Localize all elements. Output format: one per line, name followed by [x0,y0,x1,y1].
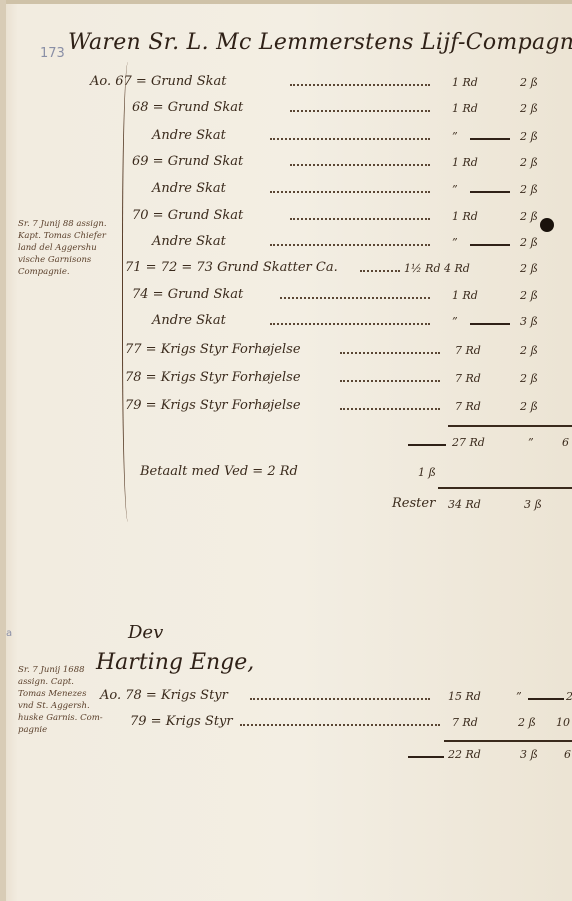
ledger-row: 79 = Krigs Styr Forhøjelse 7 Rd 2 ß [0,398,572,418]
row-label: 78 = Krigs Styr Forhøjelse [125,370,301,385]
row-rigsdaler: ” [452,315,458,328]
dash [470,323,510,325]
page-heading: Waren Sr. L. Mc Lemmerstens Lijf-Compagn… [68,30,572,55]
row-label: 71 = 72 = 73 Grund Skatter Ca. [125,260,338,275]
margin-note-line: Sr. 7 Junij 1688 [18,664,118,676]
row-rigsdaler: 1 Rd [452,289,478,302]
ledger-row: 70 = Grund Skat 1 Rd 2 ß [0,208,572,228]
row-label: Andre Skat [152,234,226,249]
dot-leader [290,84,430,86]
section2-heading-line2: Harting Enge, [96,650,254,675]
ledger-row: Ao. 78 = Krigs Styr 15 Rd ” 2 [0,688,572,708]
ledger-row: Andre Skat ” 2 ß [0,128,572,148]
rest-label: Rester [392,496,435,511]
row-rigsdaler: 15 Rd [448,690,481,703]
row-skilling: 2 ß [520,344,538,357]
row-skilling: 2 ß [520,372,538,385]
dot-leader [340,380,440,382]
row-label: 79 = Krigs Styr [130,714,233,729]
row-skilling: 2 ß [520,210,538,223]
dot-leader [340,352,440,354]
total-rigsdaler: 22 Rd [448,748,481,761]
row-skilling: ” [516,690,522,703]
margin-note-line: assign. Capt. [18,676,118,688]
dot-leader [270,323,430,325]
dot-leader [270,244,430,246]
folio-number: 173 [40,46,65,61]
row-skilling: 2 ß [520,262,538,275]
ledger-row: Andre Skat ” 3 ß [0,313,572,333]
row-skilling: 2 ß [518,716,536,729]
ledger-row: 69 = Grund Skat 1 Rd 2 ß [0,154,572,174]
row-skilling: 2 ß [520,400,538,413]
row-label: 77 = Krigs Styr Forhøjelse [125,342,301,357]
row-label: Andre Skat [152,128,226,143]
dash [470,138,510,140]
rest-row: Rester 34 Rd 3 ß [0,496,572,516]
row-rigsdaler: 7 Rd [455,400,481,413]
total-extra: 6 [562,436,569,449]
dash [470,191,510,193]
dot-leader [240,724,440,726]
row-skilling: 2 ß [520,156,538,169]
row-label: Ao. 78 = Krigs Styr [100,688,228,703]
row-skilling: 2 ß [520,183,538,196]
ledger-row: 74 = Grund Skat 1 Rd 2 ß [0,287,572,307]
row-label: Andre Skat [152,181,226,196]
ledger-row: Andre Skat ” 2 ß [0,181,572,201]
total-skilling: 3 ß [520,748,538,761]
ledger-row: Andre Skat ” 2 ß [0,234,572,254]
deduction-row: Betaalt med Ved = 2 Rd 1 ß [0,464,572,484]
dot-leader [290,218,430,220]
dot-leader [270,138,430,140]
row-label: Andre Skat [152,313,226,328]
subtotal-rule [448,425,572,427]
section2-total-rule [444,740,572,742]
row-rigsdaler: 7 Rd [455,372,481,385]
ledger-page: 173 Waren Sr. L. Mc Lemmerstens Lijf-Com… [0,0,572,901]
section2-total-row: 22 Rd 3 ß 6 [0,746,572,766]
dot-leader [270,191,430,193]
row-rigsdaler: 7 Rd [455,344,481,357]
row-skilling: 2 ß [520,130,538,143]
dot-leader [250,698,430,700]
row-skilling: 3 ß [520,315,538,328]
row-label: 68 = Grund Skat [132,100,243,115]
row-skilling: 2 ß [520,102,538,115]
row-rigsdaler: 1½ Rd 4 Rd [404,262,470,275]
dot-leader [360,270,400,272]
total-skilling: ” [528,436,534,449]
row-label: 79 = Krigs Styr Forhøjelse [125,398,301,413]
ledger-row: 79 = Krigs Styr 7 Rd 2 ß 10 [0,714,572,734]
deduction-label: Betaalt med Ved = 2 Rd [140,464,298,479]
row-label: 69 = Grund Skat [132,154,243,169]
row-label: Ao. 67 = Grund Skat [90,74,227,89]
dot-leader [290,110,430,112]
row-rigsdaler: ” [452,236,458,249]
row-skilling: 2 ß [520,76,538,89]
rest-rigsdaler: 34 Rd [448,498,481,511]
row-extra: 10 [556,716,570,729]
ledger-row: 68 = Grund Skat 1 Rd 2 ß [0,100,572,120]
rest-rule [438,487,572,489]
ink-blot [540,218,554,232]
row-label: 74 = Grund Skat [132,287,243,302]
dot-leader [290,164,430,166]
row-rigsdaler: 1 Rd [452,210,478,223]
row-skilling: 2 ß [520,236,538,249]
page-top-edge [0,0,572,4]
double-dash [408,444,446,446]
row-rigsdaler: ” [452,183,458,196]
ledger-row: 71 = 72 = 73 Grund Skatter Ca. 1½ Rd 4 R… [0,260,572,280]
dot-leader [280,297,430,299]
dash [528,698,564,700]
total-rigsdaler: 27 Rd [452,436,485,449]
double-dash [408,756,444,758]
pencil-mark: a [6,628,12,639]
ledger-row: 78 = Krigs Styr Forhøjelse 7 Rd 2 ß [0,370,572,390]
row-rigsdaler: ” [452,130,458,143]
row-rigsdaler: 1 Rd [452,76,478,89]
total-extra: 6 [564,748,571,761]
dot-leader [340,408,440,410]
row-extra: 2 [566,690,572,703]
row-rigsdaler: 1 Rd [452,102,478,115]
row-label: 70 = Grund Skat [132,208,243,223]
row-rigsdaler: 7 Rd [452,716,478,729]
row-rigsdaler: 1 Rd [452,156,478,169]
rest-skilling: 3 ß [524,498,542,511]
section1-total-row: 27 Rd ” 6 [0,434,572,454]
deduction-skilling: 1 ß [418,466,436,479]
section2-heading-line1: Dev [128,622,163,643]
row-skilling: 2 ß [520,289,538,302]
ledger-row: Ao. 67 = Grund Skat 1 Rd 2 ß [0,74,572,94]
ledger-row: 77 = Krigs Styr Forhøjelse 7 Rd 2 ß [0,342,572,362]
dash [470,244,510,246]
